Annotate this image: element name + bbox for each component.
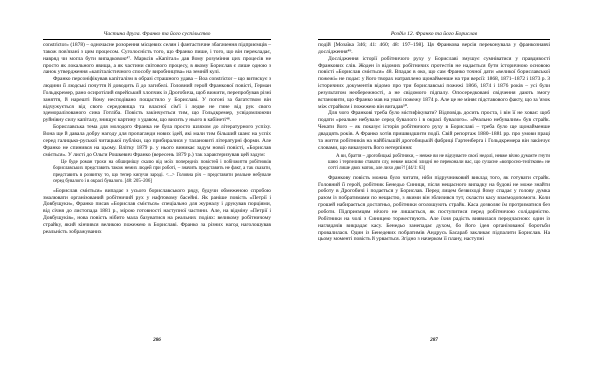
paragraph: «Борислав сміється» випадає з усього бор… <box>43 188 271 236</box>
paragraph: constrictor» (1878) – одночасне розоренн… <box>43 42 271 76</box>
paragraph: подій [Мозаїка 346; 41: 460; 48: 197–198… <box>318 42 550 56</box>
header-rule-right <box>318 39 550 40</box>
header-rule-left <box>43 39 271 40</box>
block-quote: Це буде роман трохи на обширнішу скалю в… <box>53 160 271 184</box>
right-body-text: подій [Мозаїка 346; 41: 460; 48: 197–198… <box>318 42 550 243</box>
page-number-right: 287 <box>318 337 550 343</box>
block-quote: А ви, браття – дрогобицькі робітники, – … <box>328 154 550 172</box>
left-page: Частина друга. Франко та його суспільств… <box>43 30 271 360</box>
paragraph: Франкову повість можна було читати, ніби… <box>318 175 550 243</box>
left-body-text: constrictor» (1878) – одночасне розоренн… <box>43 42 271 236</box>
paragraph: Для чого Франкові треба було містифікува… <box>318 110 550 151</box>
page-number-left: 286 <box>43 337 271 343</box>
running-head-right: Розділ 12. Франко та його Борислав <box>318 30 550 39</box>
running-head-left: Частина друга. Франко та його суспільств… <box>43 30 271 39</box>
paragraph: Бориславська тема для молодого Франка не… <box>43 124 271 158</box>
paragraph: Франко персоніфікував капіталізм в образ… <box>43 76 271 124</box>
paragraph: Дослідження історії робітничого руху у Б… <box>318 56 550 111</box>
right-page: Розділ 12. Франко та його Борислав подій… <box>318 30 550 360</box>
